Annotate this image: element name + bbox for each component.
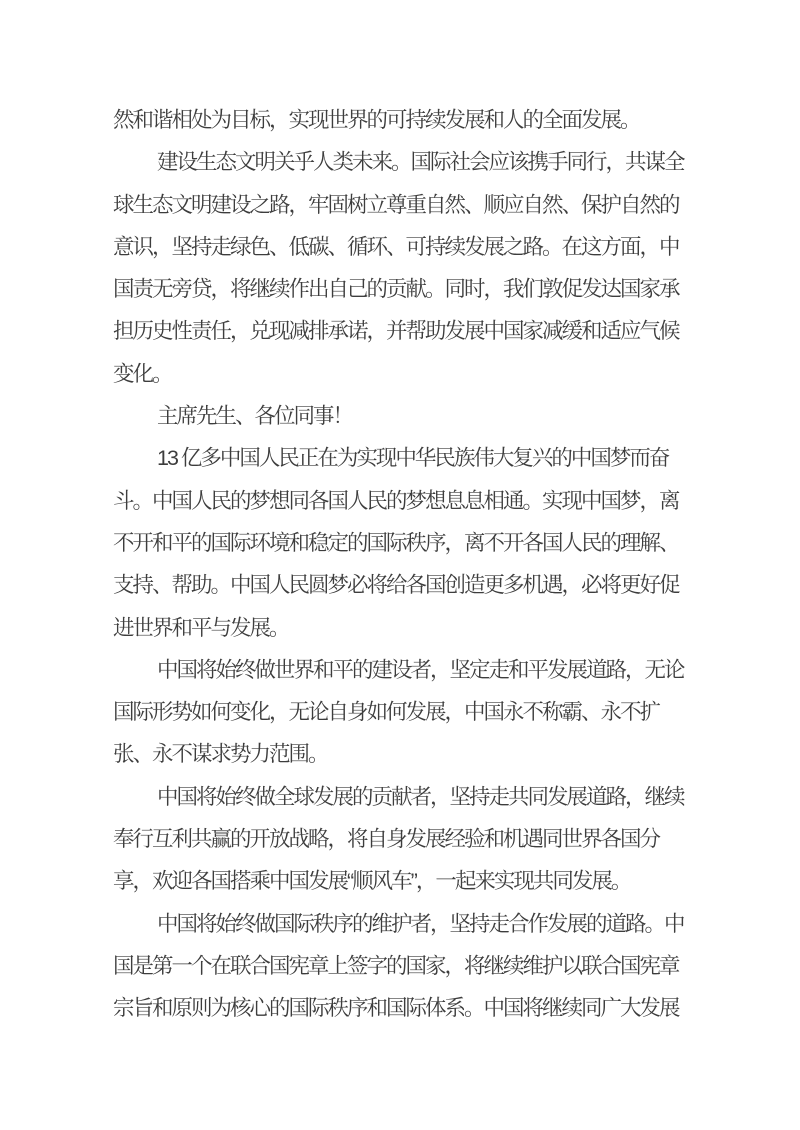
text-line: 国是第一个在联合国宪章上签字的国家，将继续维护以联合国宪章 bbox=[0, 945, 800, 987]
text-line: 中国将始终做世界和平的建设者，坚定走和平发展道路，无论 bbox=[0, 649, 800, 691]
document-text-body: 然和谐相处为目标，实现世界的可持续发展和人的全面发展。 建设生态文明关乎人类未来… bbox=[0, 0, 800, 1030]
text-line: 斗。中国人民的梦想同各国人民的梦想息息相通。实现中国梦，离 bbox=[0, 480, 800, 522]
text-line: 建设生态文明关乎人类未来。国际社会应该携手同行，共谋全 bbox=[0, 141, 800, 183]
text-line: 变化。 bbox=[0, 353, 800, 395]
text-line: 然和谐相处为目标，实现世界的可持续发展和人的全面发展。 bbox=[0, 99, 800, 141]
text-line: 宗旨和原则为核心的国际秩序和国际体系。中国将继续同广大发展 bbox=[0, 987, 800, 1029]
text-line: 国际形势如何变化，无论自身如何发展，中国永不称霸、永不扩 bbox=[0, 691, 800, 733]
text-line: 意识，坚持走绿色、低碳、循环、可持续发展之路。在这方面，中 bbox=[0, 226, 800, 268]
text-line: 国责无旁贷，将继续作出自己的贡献。同时，我们敦促发达国家承 bbox=[0, 268, 800, 310]
text-line: 支持、帮助。中国人民圆梦必将给各国创造更多机遇，必将更好促 bbox=[0, 564, 800, 606]
text-line: 进世界和平与发展。 bbox=[0, 607, 800, 649]
text-line: 中国将始终做全球发展的贡献者，坚持走共同发展道路，继续 bbox=[0, 776, 800, 818]
text-line: 13 亿多中国人民正在为实现中华民族伟大复兴的中国梦而奋 bbox=[0, 437, 800, 479]
text-line: 球生态文明建设之路，牢固树立尊重自然、顺应自然、保护自然的 bbox=[0, 184, 800, 226]
text-line: 中国将始终做国际秩序的维护者，坚持走合作发展的道路。中 bbox=[0, 903, 800, 945]
text-line: 不开和平的国际环境和稳定的国际秩序，离不开各国人民的理解、 bbox=[0, 522, 800, 564]
text-line: 主席先生、各位同事！ bbox=[0, 395, 800, 437]
text-line: 张、永不谋求势力范围。 bbox=[0, 733, 800, 775]
text-line: 奉行互利共赢的开放战略，将自身发展经验和机遇同世界各国分 bbox=[0, 818, 800, 860]
text-line: 担历史性责任，兑现减排承诺，并帮助发展中国家减缓和适应气候 bbox=[0, 310, 800, 352]
document-page: 然和谐相处为目标，实现世界的可持续发展和人的全面发展。 建设生态文明关乎人类未来… bbox=[0, 0, 800, 1130]
text-line: 享，欢迎各国搭乘中国发展“顺风车”，一起来实现共同发展。 bbox=[0, 860, 800, 902]
